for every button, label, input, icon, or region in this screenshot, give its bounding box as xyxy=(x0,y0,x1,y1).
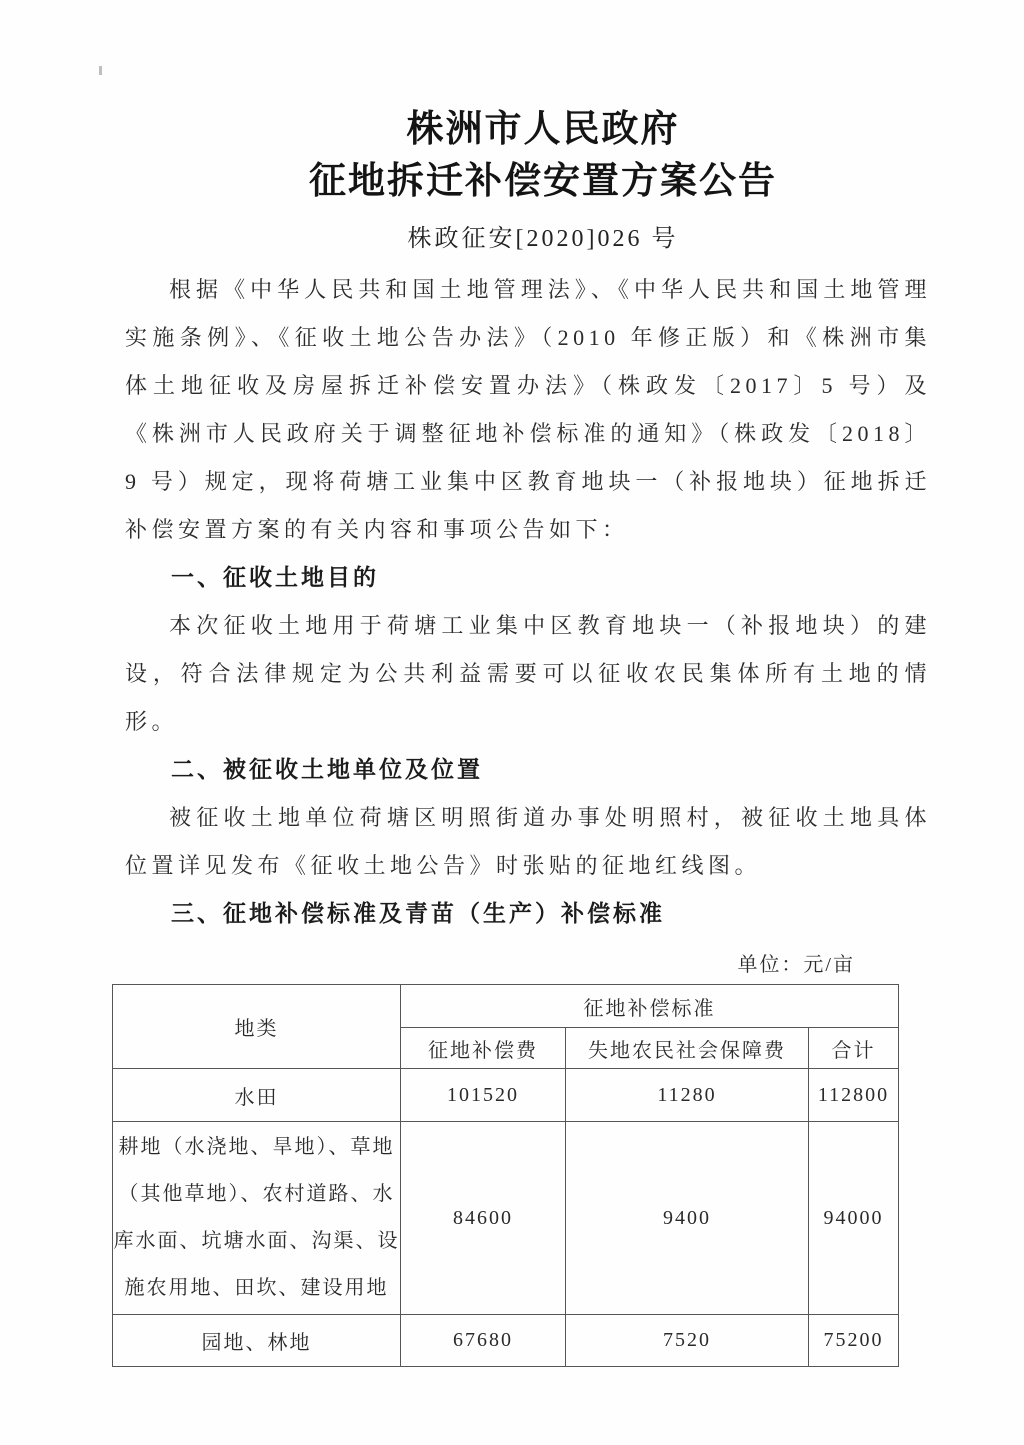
table-row: 园地、林地 67680 7520 75200 xyxy=(113,1315,899,1367)
compensation-standard-group-header: 征地补偿标准 xyxy=(401,985,899,1028)
land-type-header: 地类 xyxy=(113,985,401,1069)
total-cell: 94000 xyxy=(809,1122,899,1315)
section-1-heading: 一、征收土地目的 xyxy=(125,554,931,602)
table-row: 耕地（水浇地、旱地）、草地（其他草地）、农村道路、水库水面、坑塘水面、沟渠、设施… xyxy=(113,1122,899,1315)
document-number: 株政征安[2020]026 号 xyxy=(155,222,931,256)
land-type-cell: 园地、林地 xyxy=(113,1315,401,1367)
table-header-row-1: 地类 征地补偿标准 xyxy=(113,985,899,1028)
compensation-fee-cell: 67680 xyxy=(401,1315,566,1367)
unit-note: 单位：元/亩 xyxy=(125,950,931,980)
compensation-fee-cell: 84600 xyxy=(401,1122,566,1315)
section-3-heading: 三、征地补偿标准及青苗（生产）补偿标准 xyxy=(125,890,931,938)
title-block: 株洲市人民政府 征地拆迁补偿安置方案公告 株政征安[2020]026 号 xyxy=(125,0,931,256)
social-security-cell: 7520 xyxy=(566,1315,809,1367)
social-security-header: 失地农民社会保障费 xyxy=(566,1028,809,1069)
compensation-fee-cell: 101520 xyxy=(401,1069,566,1122)
document-title-line2: 征地拆迁补偿安置方案公告 xyxy=(155,156,931,208)
total-cell: 112800 xyxy=(809,1069,899,1122)
table-row: 水田 101520 11280 112800 xyxy=(113,1069,899,1122)
total-header: 合计 xyxy=(809,1028,899,1069)
scanned-document-page: 株洲市人民政府 征地拆迁补偿安置方案公告 株政征安[2020]026 号 根据《… xyxy=(0,0,1024,1445)
land-type-cell: 耕地（水浇地、旱地）、草地（其他草地）、农村道路、水库水面、坑塘水面、沟渠、设施… xyxy=(113,1122,401,1315)
total-cell: 75200 xyxy=(809,1315,899,1367)
document-title-line1: 株洲市人民政府 xyxy=(155,104,931,156)
land-type-cell: 水田 xyxy=(113,1069,401,1122)
social-security-cell: 11280 xyxy=(566,1069,809,1122)
intro-paragraph: 根据《中华人民共和国土地管理法》、《中华人民共和国土地管理实施条例》、《征收土地… xyxy=(125,266,931,554)
section-2-body: 被征收土地单位荷塘区明照街道办事处明照村，被征收土地具体位置详见发布《征收土地公… xyxy=(125,794,931,890)
scan-artifact-mark xyxy=(99,66,102,75)
compensation-table: 地类 征地补偿标准 征地补偿费 失地农民社会保障费 合计 水田 101520 1… xyxy=(112,984,899,1367)
compensation-fee-header: 征地补偿费 xyxy=(401,1028,566,1069)
document-content: 株洲市人民政府 征地拆迁补偿安置方案公告 株政征安[2020]026 号 根据《… xyxy=(125,0,931,1367)
section-2-heading: 二、被征收土地单位及位置 xyxy=(125,746,931,794)
section-1-body: 本次征收土地用于荷塘工业集中区教育地块一（补报地块）的建设，符合法律规定为公共利… xyxy=(125,602,931,746)
social-security-cell: 9400 xyxy=(566,1122,809,1315)
